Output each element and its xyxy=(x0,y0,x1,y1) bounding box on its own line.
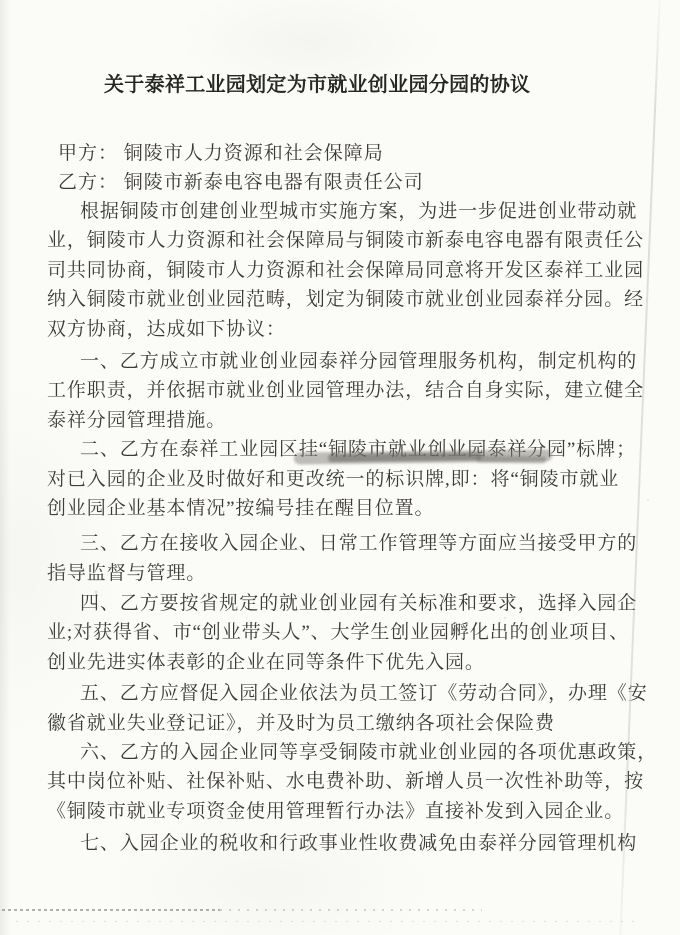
document-line: 工作职责，并依据市就业创业园管理办法，结合自身实际，建立健全 xyxy=(0,376,680,405)
bottom-dotted-scan-line xyxy=(220,909,482,911)
document-title: 关于泰祥工业园划定为市就业创业园分园的协议 xyxy=(104,72,530,98)
document-line: 三、乙方在接收入园企业、日常工作管理等方面应当接受甲方的 xyxy=(0,529,680,558)
document-line: 根据铜陵市创建创业型城市实施方案，为进一步促进创业带动就 xyxy=(0,197,680,226)
document-line: 其中岗位补贴、社保补贴、水电费补助、新增人员一次性补助等，按 xyxy=(0,767,680,796)
document-line: 业;对获得省、市“创业带头人”、大学生创业园孵化出的创业项目、 xyxy=(0,618,680,647)
document-line: 六、乙方的入园企业同等享受铜陵市就业创业园的各项优惠政策， xyxy=(0,738,680,767)
document-line: 双方协商，达成如下协议： xyxy=(0,315,680,344)
scanned-document-page: 关于泰祥工业园划定为市就业创业园分园的协议 甲方： 铜陵市人力资源和社会保障局乙… xyxy=(0,0,680,935)
document-line: 七、入园企业的税收和行政事业性收费减免由泰祥分园管理机构 xyxy=(0,829,680,858)
document-line: 创业园企业基本情况”按编号挂在醒目位置。 xyxy=(0,494,680,523)
document-line: 指导监督与管理。 xyxy=(0,559,680,588)
document-lines: 根据铜陵市创建创业型城市实施方案，为进一步促进创业带动就业，铜陵市人力资源和社会… xyxy=(0,197,680,859)
party-line: 乙方： 铜陵市新泰电容电器有限责任公司 xyxy=(0,169,680,198)
document-line: 创业先进实体表彰的企业在同等条件下优先入园。 xyxy=(0,648,680,677)
bottom-dotted-scan-line-faint xyxy=(16,921,636,922)
document-line: 司共同协商，铜陵市人力资源和社会保障局同意将开发区泰祥工业园 xyxy=(0,256,680,285)
party-lines: 甲方： 铜陵市人力资源和社会保障局乙方： 铜陵市新泰电容电器有限责任公司 xyxy=(0,140,680,197)
scan-left-edge-shading xyxy=(0,0,10,935)
document-line: 四、乙方要按省规定的就业创业园有关标准和要求，选择入园企 xyxy=(0,589,680,618)
bottom-dotted-scan-line xyxy=(2,909,220,911)
document-line: 对已入园的企业及时做好和更改统一的标识牌,即：将“铜陵市就业 xyxy=(0,465,680,494)
document-line: 纳入铜陵市就业创业园范畴，划定为铜陵市就业创业园泰祥分园。经 xyxy=(0,285,680,314)
pencil-underline-smudge xyxy=(294,449,552,464)
party-line: 甲方： 铜陵市人力资源和社会保障局 xyxy=(0,140,680,169)
document-line: 《铜陵市就业专项资金使用管理暂行办法》直接补发到入园企业。 xyxy=(0,797,680,826)
document-line: 徽省就业失业登记证》，并及时为员工缴纳各项社会保险费 xyxy=(0,709,680,738)
document-line: 一、乙方成立市就业创业园泰祥分园管理服务机构，制定机构的 xyxy=(0,347,680,376)
document-line: 五、乙方应督促入园企业依法为员工签订《劳动合同》，办理《安 xyxy=(0,679,680,708)
document-line: 业，铜陵市人力资源和社会保障局与铜陵市新泰电容电器有限责任公 xyxy=(0,226,680,255)
document-line: 泰祥分园管理措施。 xyxy=(0,406,680,435)
